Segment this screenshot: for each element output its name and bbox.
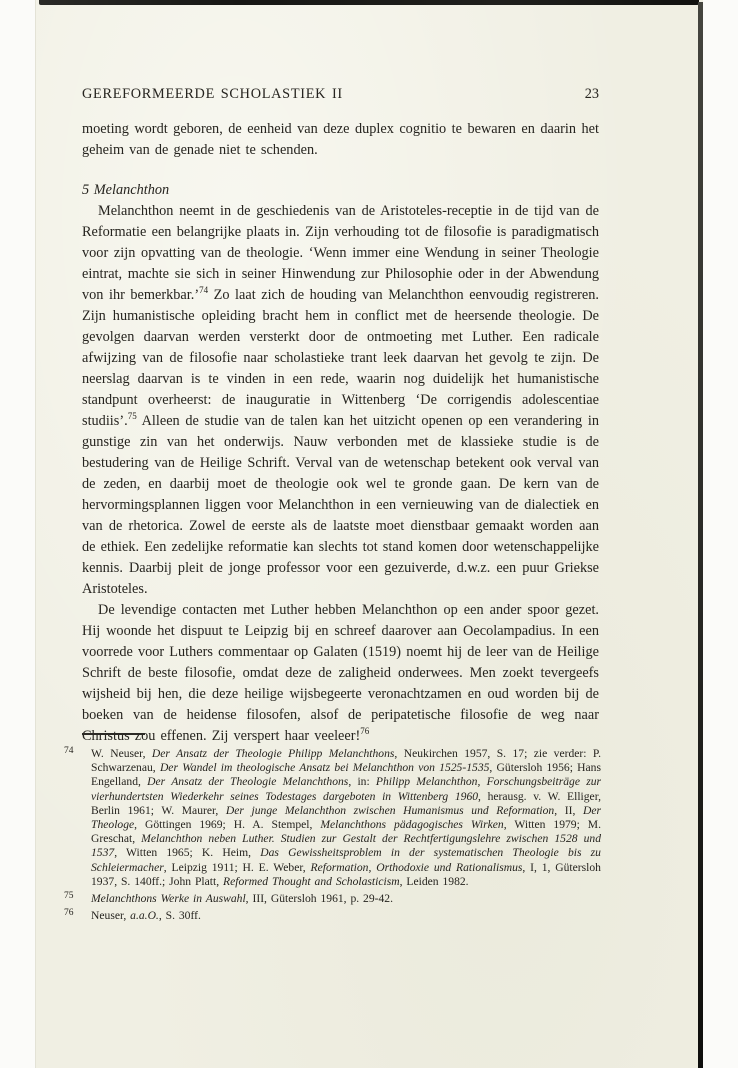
section-heading: 5 Melanchthon [82,180,599,201]
paragraph-melanchthon-reception: Melanchthon neemt in de geschiedenis van… [82,201,599,600]
book-page: GEREFORMEERDE SCHOLASTIEK II 23 moeting … [35,0,703,1068]
running-header: GEREFORMEERDE SCHOLASTIEK II 23 [82,84,599,105]
page-right-edge-shadow [698,2,703,1068]
paragraph-continuation: moeting wordt geboren, de eenheid van de… [82,119,599,161]
page-number: 23 [585,84,599,105]
footnote-text: Neuser, a.a.O., S. 30ff. [91,909,201,922]
footnote-76: 76Neuser, a.a.O., S. 30ff. [64,906,601,923]
page-top-edge-shadow [39,0,699,5]
footnote-text: Melanchthons Werke in Auswahl, III, Güte… [91,892,393,905]
footnote-text: W. Neuser, Der Ansatz der Theologie Phil… [91,747,601,888]
scanned-book-page-screenshot: { "document": { "running_header": { "tit… [0,0,738,1068]
text-block: GEREFORMEERDE SCHOLASTIEK II 23 moeting … [82,84,599,747]
footnote-75: 75Melanchthons Werke in Auswahl, III, Gü… [64,889,601,906]
footnote-number: 74 [64,744,91,758]
footnote-number: 76 [64,906,91,920]
paragraph-luther-contacts: De levendige contacten met Luther hebben… [82,600,599,747]
footnote-74: 74W. Neuser, Der Ansatz der Theologie Ph… [64,744,601,889]
footnotes-section: 74W. Neuser, Der Ansatz der Theologie Ph… [64,744,601,923]
running-header-title: GEREFORMEERDE SCHOLASTIEK II [82,84,343,105]
footnote-separator-rule [82,733,145,735]
footnote-number: 75 [64,889,91,903]
